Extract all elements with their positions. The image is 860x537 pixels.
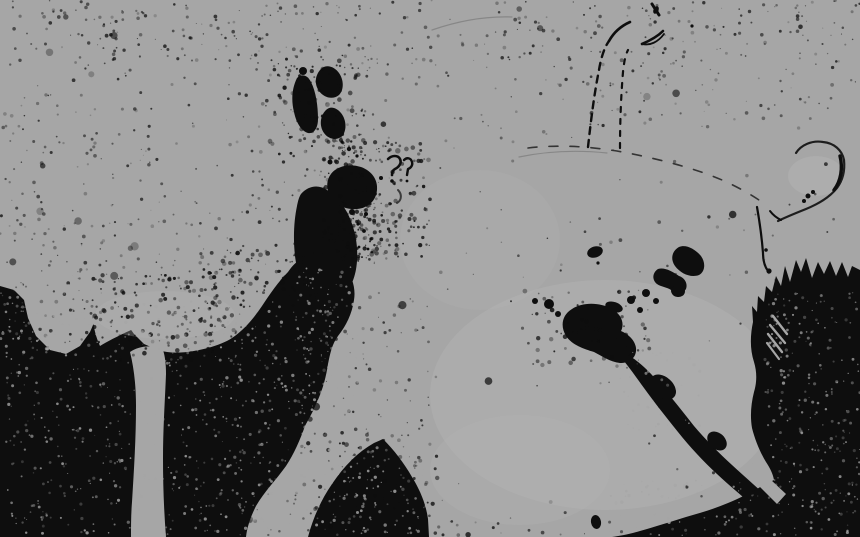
halftone-photo (0, 0, 860, 537)
foreleg-gap-strip (130, 346, 166, 537)
photo-canvas (0, 0, 860, 537)
